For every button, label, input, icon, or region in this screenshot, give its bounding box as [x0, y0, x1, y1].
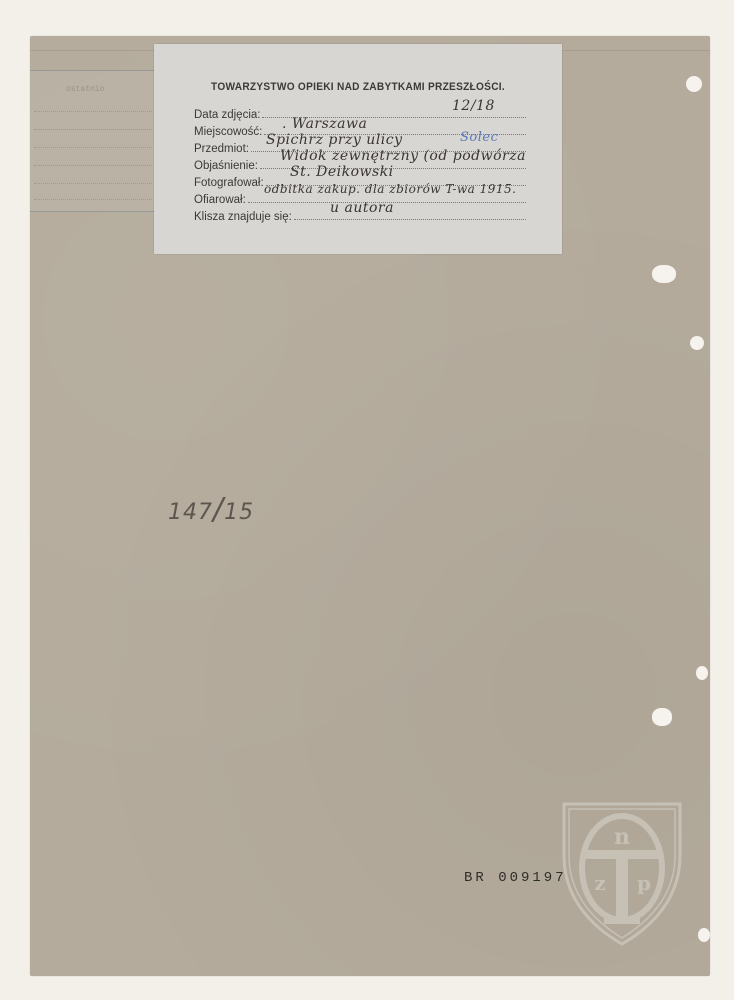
punch-hole: [652, 265, 676, 283]
handwritten-subject: Spichrz przy ulicy: [266, 132, 403, 148]
field-label: Miejscowość:: [194, 126, 262, 138]
handwritten-negative-location: u autora: [330, 200, 394, 216]
handwritten-donor: odbitka zakup. dla zbiorów T-wa 1915.: [264, 182, 516, 196]
svg-text:p: p: [637, 871, 651, 895]
handwritten-date: 12/18: [452, 98, 495, 114]
punch-hole: [690, 336, 704, 350]
field-label: Data zdjęcia:: [194, 109, 260, 121]
field-label: Fotografował:: [194, 177, 264, 189]
field-label: Klisza znajduje się:: [194, 211, 292, 223]
handwritten-subject-blue: Solec: [460, 130, 498, 145]
svg-text:n: n: [614, 824, 630, 850]
svg-text:z: z: [594, 871, 605, 895]
punch-hole: [696, 666, 708, 680]
punch-hole: [686, 76, 702, 92]
punch-hole: [652, 708, 672, 726]
catalog-label-card: TOWARZYSTWO OPIEKI NAD ZABYTKAMI PRZESZŁ…: [154, 44, 562, 254]
handwritten-description: Widok zewnętrzny (od podwórza: [280, 148, 526, 164]
field-label: Objaśnienie:: [194, 160, 258, 172]
handwritten-place: . Warszawa: [282, 116, 367, 132]
card-title: TOWARZYSTWO OPIEKI NAD ZABYTKAMI PRZESZŁ…: [170, 81, 545, 93]
field-label: Przedmiot:: [194, 143, 249, 155]
handwritten-photographer: St. Deikowski: [290, 164, 394, 180]
faded-underlying-card: ostatnio: [30, 70, 163, 212]
ntzp-shield-watermark-icon: n z p: [560, 800, 684, 948]
field-label: Ofiarował:: [194, 194, 246, 206]
punch-hole: [698, 928, 710, 942]
stamped-catalog-number: BR 009197: [464, 870, 567, 886]
pencil-inventory-number: 147/15: [168, 492, 254, 527]
